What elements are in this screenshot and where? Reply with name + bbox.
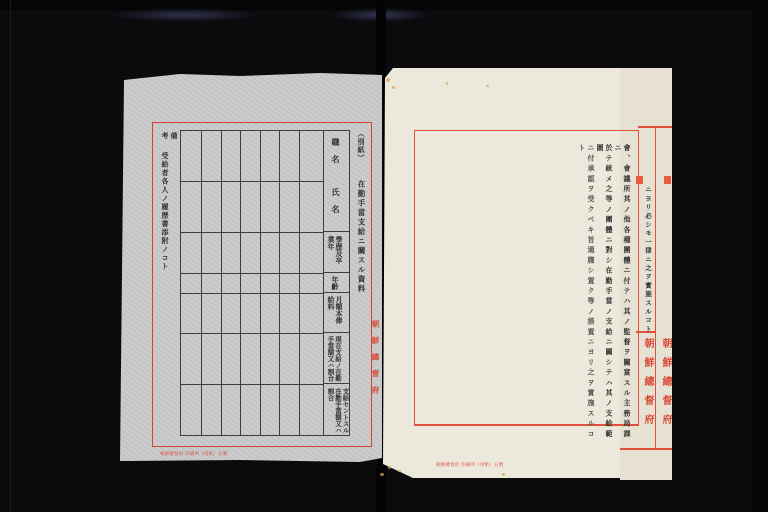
grid-row-line: [181, 333, 323, 334]
body-column-2: 於テ統メ之等ノ團體ニ對シ在勤手當ノ支給ニ關シテハ其ノ支給範圍: [596, 144, 614, 444]
red-index-tab: [664, 176, 671, 184]
header-row-line: [324, 383, 350, 384]
header-education: 學歴及卒業年: [327, 236, 343, 270]
foxing-stain: [486, 85, 489, 87]
left-page-imprint: 朝鮮總督府 印刷所（用紙）五號: [160, 451, 227, 457]
attachment-label: （別紙）: [357, 130, 366, 170]
right-page-imprint: 朝鮮總督府 印刷所（用紙）五號: [436, 462, 503, 468]
header-current-allowance: 現在支給ノ在勤手當額又ハ割合: [326, 336, 341, 382]
grid-row-line: [181, 384, 323, 385]
grid-column-line: [240, 131, 241, 435]
grid-row-line: [181, 232, 323, 233]
red-rule: [620, 448, 672, 450]
red-rule: [638, 126, 672, 128]
header-row-line: [324, 332, 350, 333]
frame-right-edge: [752, 0, 768, 512]
remarks-label: 備考: [161, 132, 179, 152]
foxing-stain: [446, 82, 448, 85]
data-grid: [180, 130, 324, 436]
header-proposed-allowance: 支給セントスル在勤手當額又ハ割合: [326, 388, 349, 434]
red-rule: [638, 130, 639, 424]
red-index-tab: [636, 176, 643, 184]
grid-column-line: [299, 131, 300, 435]
foxing-stain: [398, 470, 401, 472]
header-row-line: [324, 231, 350, 232]
body-column-3: ニ付承認ヲ受クベキ旨通牒シ置ク等ノ措置ニヨリ之ヲ實施スルコト: [578, 144, 596, 444]
grid-column-line: [260, 131, 261, 435]
foxing-stain: [392, 86, 395, 89]
remarks-text: 受給者各人ノ履歴書添附ノコト: [161, 152, 170, 282]
foxing-stain: [386, 78, 390, 82]
grid-row-line: [181, 273, 323, 274]
right-margin-office-label-1: 朝鮮總督府: [643, 338, 652, 448]
header-age: 年齡: [331, 276, 340, 294]
right-margin-office-label-2: 朝鮮總督府: [661, 338, 670, 448]
overlap-page-column: ニヨリ必シモ一律ニ之ヲ實施スルコト: [643, 186, 652, 356]
form-title: 在勤手當支給ニ關スル資料: [357, 180, 366, 310]
header-name: 氏名: [331, 188, 340, 228]
foxing-stain: [380, 473, 384, 476]
foxing-stain: [388, 466, 391, 469]
red-rule: [655, 126, 656, 448]
grid-row-line: [181, 181, 323, 182]
grid-column-line: [201, 131, 202, 435]
light-reflection: [110, 8, 260, 22]
grid-column-line: [221, 131, 222, 435]
header-monthly-salary: 月額本俸給料: [327, 296, 343, 330]
grid-row-line: [181, 293, 323, 294]
left-margin-office-label: 朝鮮總督府: [371, 320, 380, 450]
frame-edge: [10, 0, 11, 512]
header-row-line: [324, 272, 350, 273]
body-column-1: 會、會議所其ノ他各種團體ニ付テハ其ノ監督ヲ關富スル主務局課ニ: [614, 144, 632, 444]
foxing-stain: [502, 473, 505, 476]
grid-column-line: [279, 131, 280, 435]
